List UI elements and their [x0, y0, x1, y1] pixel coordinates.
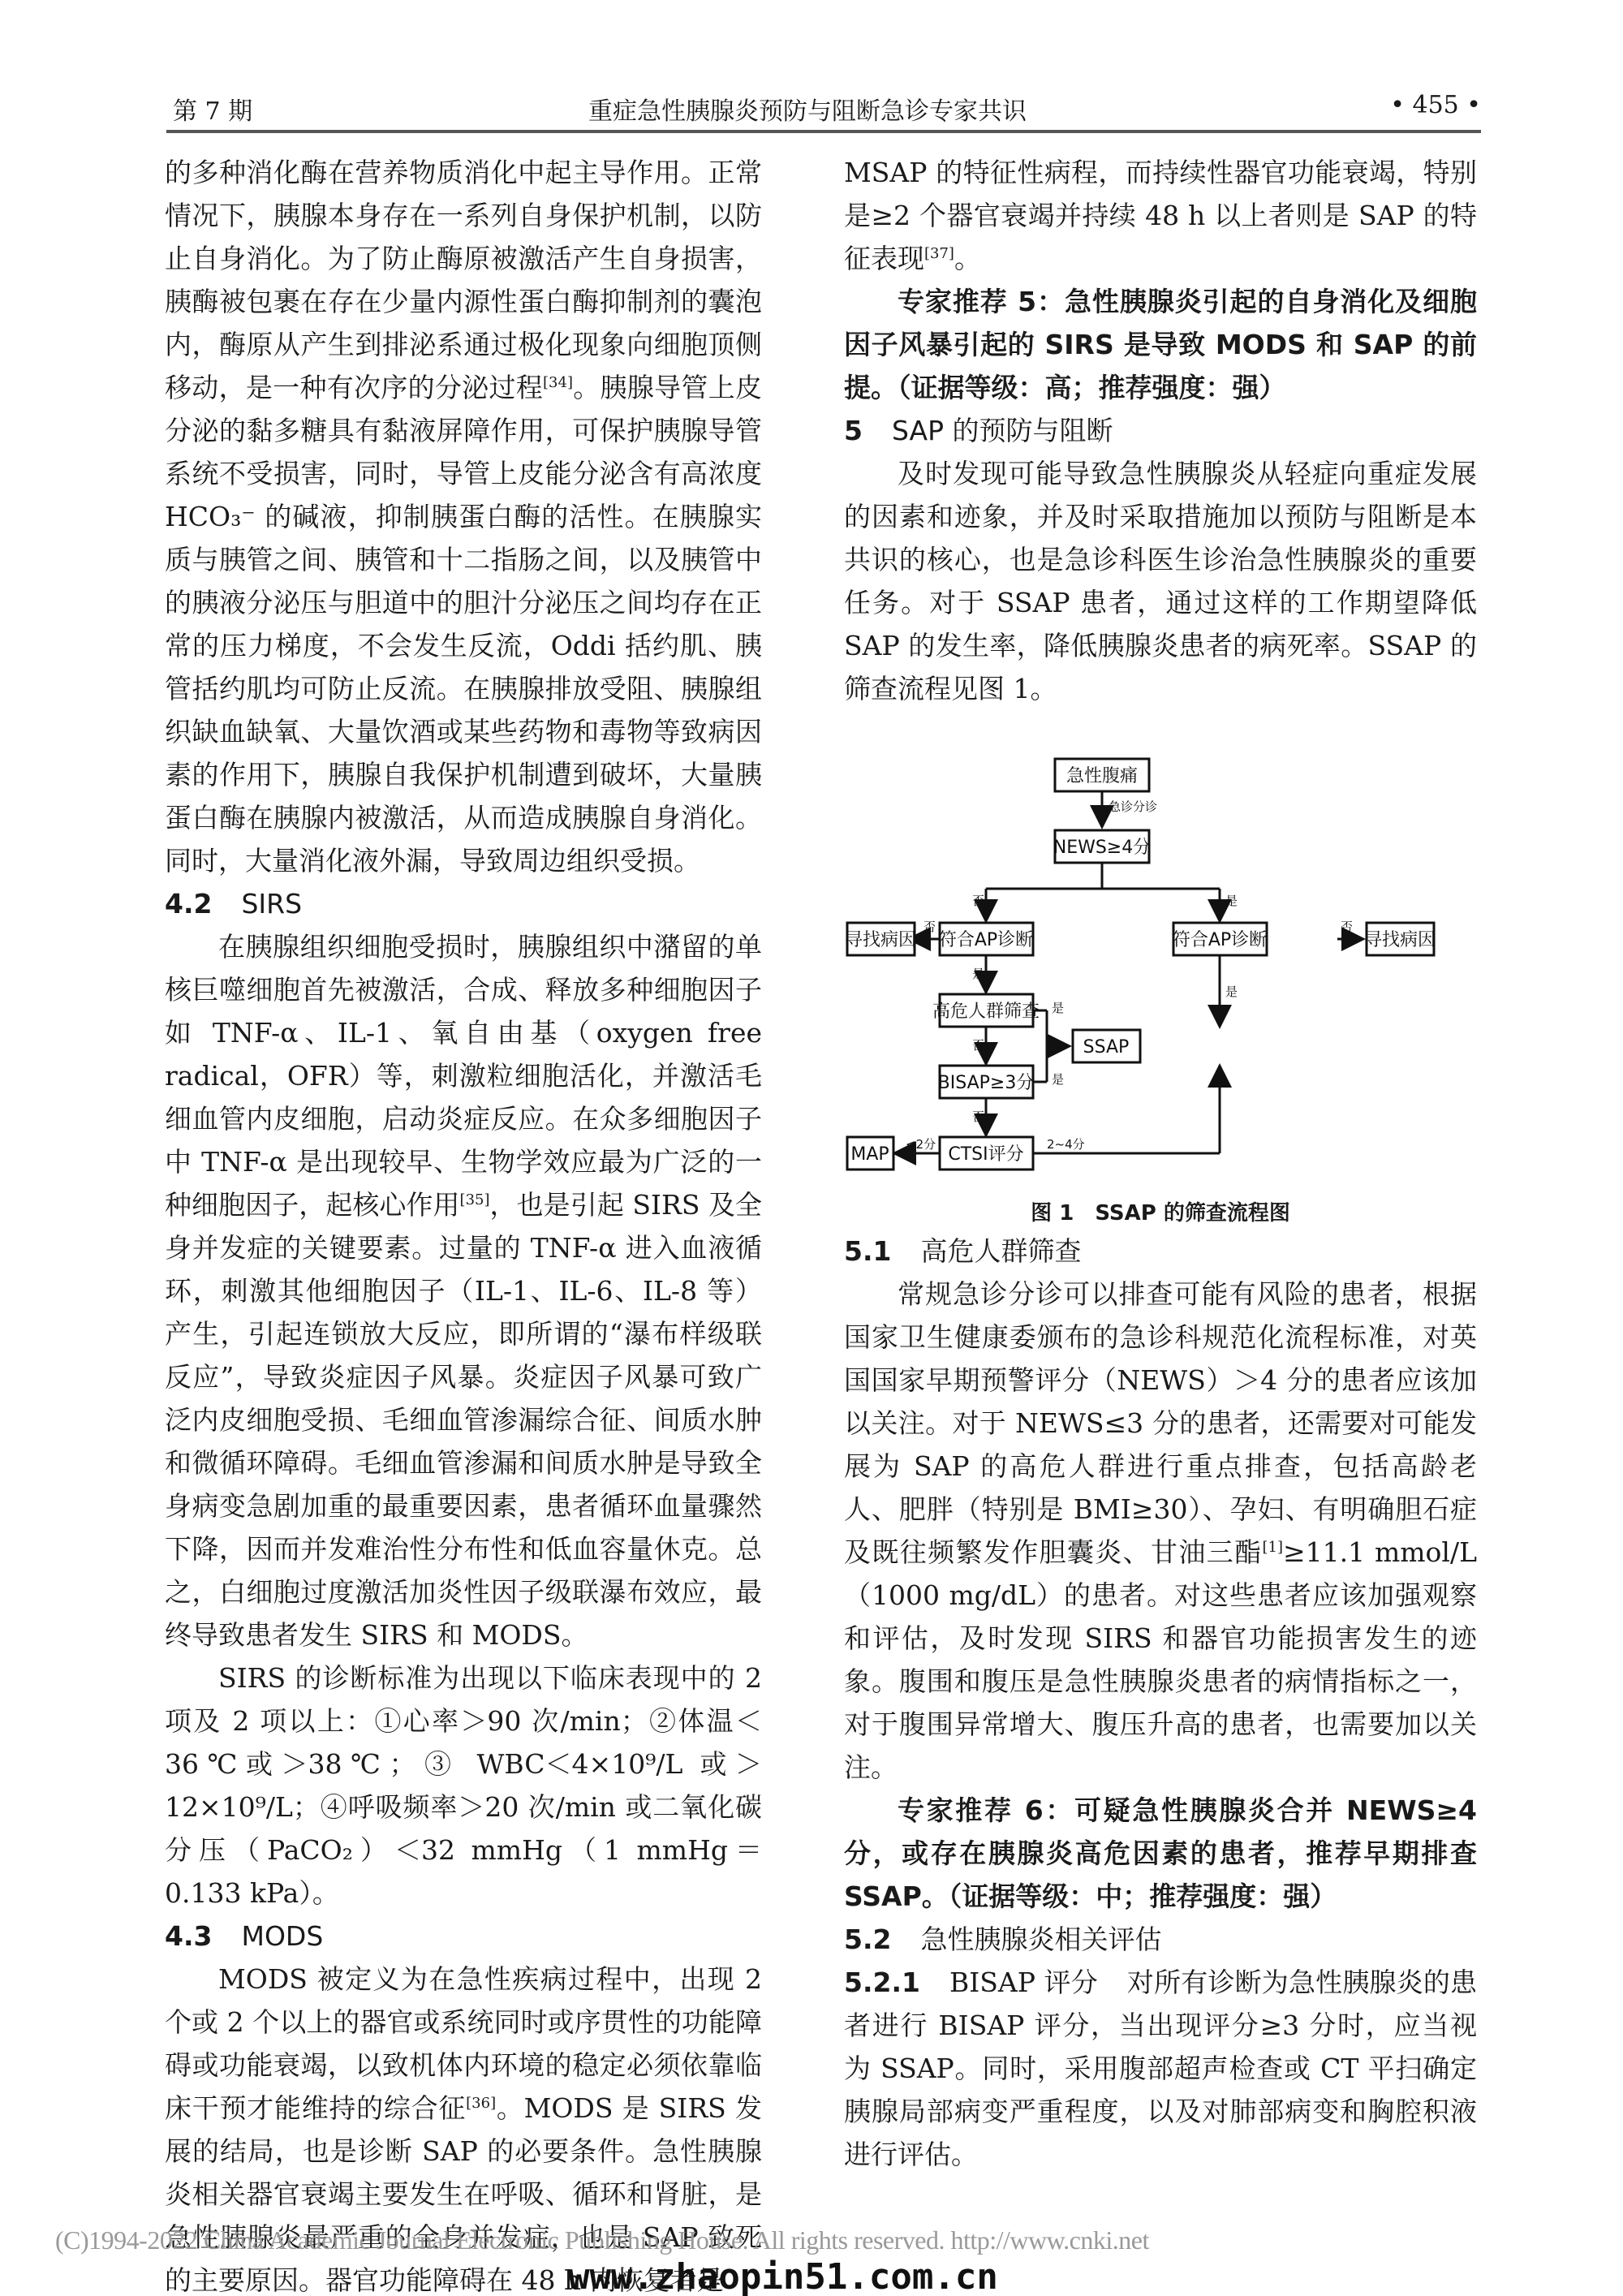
ssap-screening-flowchart: 急性腹痛 NEWS≥4分 符合AP诊断 符合AP诊断 寻找病因 寻找病因 高危人… [844, 743, 1477, 1197]
section-heading-4-2: 4.2SIRS [165, 882, 762, 925]
expert-recommendation-6: 专家推荐 6：可疑急性胰腺炎合并 NEWS≥4 分，或存在胰腺炎高危因素的患者，… [844, 1789, 1477, 1918]
flowchart-diagram: 急性腹痛 NEWS≥4分 符合AP诊断 符合AP诊断 寻找病因 寻找病因 高危人… [844, 743, 1477, 1197]
svg-text:2~4分: 2~4分 [1047, 1137, 1085, 1152]
svg-text:CTSI评分: CTSI评分 [948, 1144, 1023, 1165]
svg-text:<2分: <2分 [906, 1137, 936, 1152]
svg-text:寻找病因: 寻找病因 [1364, 930, 1436, 950]
svg-text:否: 否 [923, 920, 936, 934]
paragraph: 在胰腺组织细胞受损时，胰腺组织中潴留的单核巨噬细胞首先被激活，合成、释放多种细胞… [165, 925, 762, 1656]
citation[interactable]: [36] [466, 2095, 496, 2112]
svg-text:符合AP诊断: 符合AP诊断 [939, 930, 1033, 950]
svg-text:急诊分诊: 急诊分诊 [1109, 799, 1157, 814]
paragraph: SIRS 的诊断标准为出现以下临床表现中的 2 项及 2 项以上：①心率＞90 … [165, 1656, 762, 1915]
paragraph: 常规急诊分诊可以排查可能有风险的患者，根据国家卫生健康委颁布的急诊科规范化流程标… [844, 1273, 1477, 1789]
citation[interactable]: [35] [460, 1191, 490, 1208]
svg-text:SSAP: SSAP [1083, 1037, 1130, 1058]
watermark-url: www.zhaopin51.com.cn [568, 2256, 998, 2296]
svg-text:是: 是 [1052, 1001, 1064, 1015]
svg-text:高危人群筛查: 高危人群筛查 [932, 1002, 1040, 1022]
subsection-5-2-1: 5.2.1BISAP 评分对所有诊断为急性胰腺炎的患者进行 BISAP 评分，当… [844, 1961, 1477, 2176]
svg-text:否: 否 [972, 894, 984, 908]
citation[interactable]: [1] [1262, 1539, 1283, 1556]
paragraph: 及时发现可能导致急性胰腺炎从轻症向重症发展的因素和迹象，并及时采取措施加以预防与… [844, 452, 1477, 710]
section-heading-5: 5SAP 的预防与阻断 [844, 409, 1477, 452]
expert-recommendation-5: 专家推荐 5：急性胰腺炎引起的自身消化及细胞因子风暴引起的 SIRS 是导致 M… [844, 280, 1477, 409]
svg-text:是: 是 [1225, 984, 1238, 999]
section-heading-5-1: 5.1高危人群筛查 [844, 1230, 1477, 1273]
section-heading-4-3: 4.3MODS [165, 1915, 762, 1958]
running-title: 重症急性胰腺炎预防与阻断急诊专家共识 [588, 91, 1027, 127]
figure-caption: 图 1 SSAP 的筛查流程图 [844, 1197, 1477, 1230]
citation[interactable]: [37] [924, 245, 954, 262]
paragraph: 的多种消化酶在营养物质消化中起主导作用。正常情况下，胰腺本身存在一系列自身保护机… [165, 151, 762, 882]
svg-text:否: 否 [1341, 920, 1353, 934]
svg-text:MAP: MAP [850, 1144, 889, 1165]
svg-text:是: 是 [972, 967, 984, 981]
section-heading-5-2: 5.2急性胰腺炎相关评估 [844, 1918, 1477, 1961]
svg-text:急性腹痛: 急性腹痛 [1066, 766, 1138, 786]
page-number: • 455 • [1390, 91, 1481, 119]
paragraph: MSAP 的特征性病程，而持续性器官功能衰竭，特别是≥2 个器官衰竭并持续 48… [844, 151, 1477, 280]
issue-number: 第 7 期 [173, 91, 252, 127]
copyright-notice: (C)1994-2022 China Academic Journal Elec… [55, 2225, 1149, 2255]
svg-text:寻找病因: 寻找病因 [845, 930, 916, 950]
svg-text:BISAP≥3分: BISAP≥3分 [938, 1073, 1035, 1093]
svg-text:否: 否 [972, 1038, 984, 1053]
svg-text:NEWS≥4分: NEWS≥4分 [1053, 838, 1152, 858]
running-header: 第 7 期 重症急性胰腺炎预防与阻断急诊专家共识 • 455 • [166, 91, 1481, 123]
svg-text:是: 是 [1225, 894, 1238, 908]
svg-text:符合AP诊断: 符合AP诊断 [1173, 930, 1267, 950]
svg-text:是: 是 [1052, 1072, 1064, 1087]
right-column: MSAP 的特征性病程，而持续性器官功能衰竭，特别是≥2 个器官衰竭并持续 48… [844, 151, 1477, 2176]
svg-text:否: 否 [972, 1109, 984, 1124]
header-divider [166, 130, 1481, 133]
citation[interactable]: [34] [543, 374, 573, 391]
left-column: 的多种消化酶在营养物质消化中起主导作用。正常情况下，胰腺本身存在一系列自身保护机… [165, 151, 762, 2296]
